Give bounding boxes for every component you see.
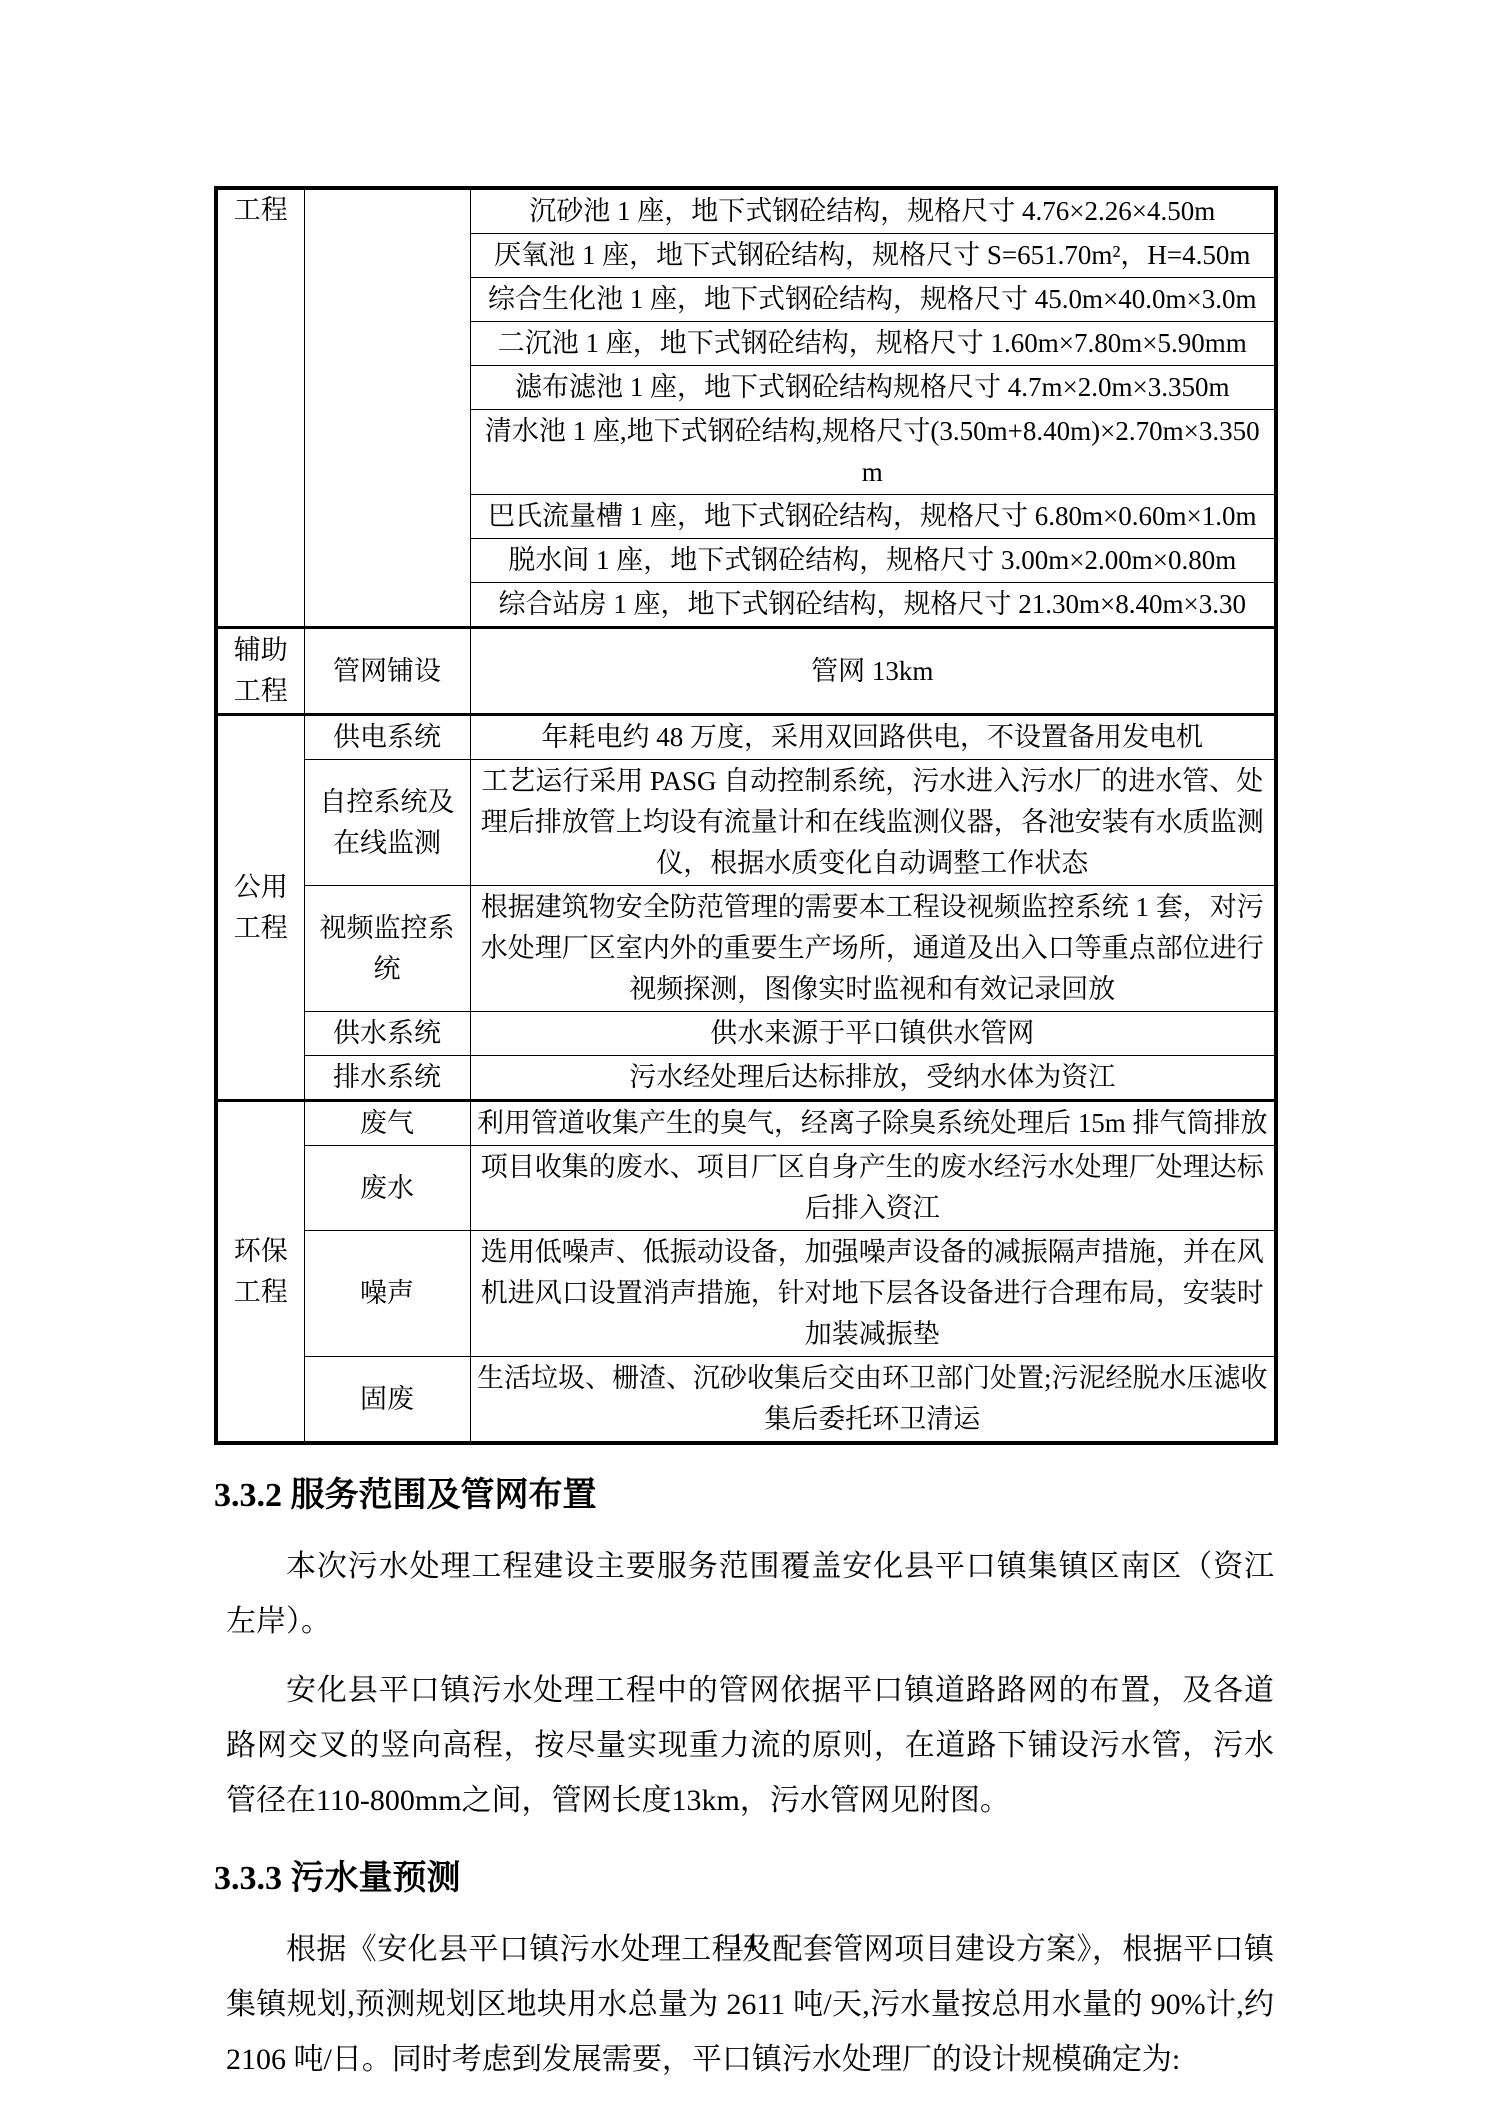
subcategory-cell: 供电系统 (304, 715, 470, 760)
subcategory-cell: 排水系统 (304, 1056, 470, 1101)
content-cell: 生活垃圾、栅渣、沉砂收集后交由环卫部门处置;污泥经脱水压滤收集后委托环卫清运 (470, 1357, 1276, 1444)
content-cell: 厌氧池 1 座，地下式钢砼结构，规格尺寸 S=651.70m²，H=4.50m (470, 234, 1276, 278)
content-cell: 供水来源于平口镇供水管网 (470, 1012, 1276, 1056)
subcategory-cell: 管网铺设 (304, 628, 470, 715)
subcategory-cell: 供水系统 (304, 1012, 470, 1056)
section-heading-333: 3.3.3 污水量预测 (214, 1856, 1274, 1902)
paragraph: 安化县平口镇污水处理工程中的管网依据平口镇道路路网的布置，及各道路网交叉的竖向高… (226, 1663, 1274, 1828)
table-row-public: 公用 工程 供电系统 年耗电约 48 万度，采用双回路供电，不设置备用发电机 (216, 715, 1276, 760)
subcategory-cell: 视频监控系统 (304, 886, 470, 1012)
subcategory-cell: 自控系统及在线监测 (304, 760, 470, 886)
table-row: 供水系统 供水来源于平口镇供水管网 (216, 1012, 1276, 1056)
content-cell: 滤布滤池 1 座，地下式钢砼结构规格尺寸 4.7m×2.0m×3.350m (470, 366, 1276, 410)
content-cell: 巴氏流量槽 1 座，地下式钢砼结构，规格尺寸 6.80m×0.60m×1.0m (470, 495, 1276, 539)
content-cell: 污水经处理后达标排放，受纳水体为资江 (470, 1056, 1276, 1101)
table-row: 工程 沉砂池 1 座，地下式钢砼结构，规格尺寸 4.76×2.26×4.50m (216, 188, 1276, 234)
subcategory-cell: 废水 (304, 1146, 470, 1231)
subcategory-cell: 废气 (304, 1101, 470, 1146)
subcategory-cell: 噪声 (304, 1231, 470, 1357)
table-row: 固废 生活垃圾、栅渣、沉砂收集后交由环卫部门处置;污泥经脱水压滤收集后委托环卫清… (216, 1357, 1276, 1444)
table-row-aux: 辅助 工程 管网铺设 管网 13km (216, 628, 1276, 715)
content-cell: 脱水间 1 座，地下式钢砼结构，规格尺寸 3.00m×2.00m×0.80m (470, 539, 1276, 583)
content-cell: 管网 13km (470, 628, 1276, 715)
content-cell: 根据建筑物安全防范管理的需要本工程设视频监控系统 1 套，对污水处理厂区室内外的… (470, 886, 1276, 1012)
content-cell: 利用管道收集产生的臭气，经离子除臭系统处理后 15m 排气筒排放 (470, 1101, 1276, 1146)
subcategory-cell: 固废 (304, 1357, 470, 1444)
section-heading-332: 3.3.2 服务范围及管网布置 (214, 1473, 1274, 1519)
table-row: 废水 项目收集的废水、项目厂区自身产生的废水经污水处理厂处理达标后排入资江 (216, 1146, 1276, 1231)
content-cell: 综合生化池 1 座，地下式钢砼结构，规格尺寸 45.0m×40.0m×3.0m (470, 278, 1276, 322)
content-cell: 选用低噪声、低振动设备，加强噪声设备的减振隔声措施，并在风机进风口设置消声措施，… (470, 1231, 1276, 1357)
table-row: 噪声 选用低噪声、低振动设备，加强噪声设备的减振隔声措施，并在风机进风口设置消声… (216, 1231, 1276, 1357)
table-row: 视频监控系统 根据建筑物安全防范管理的需要本工程设视频监控系统 1 套，对污水处… (216, 886, 1276, 1012)
paragraph: 本次污水处理工程建设主要服务范围覆盖安化县平口镇集镇区南区（资江左岸）。 (226, 1539, 1274, 1649)
content-cell: 年耗电约 48 万度，采用双回路供电，不设置备用发电机 (470, 715, 1276, 760)
document-page: 工程 沉砂池 1 座，地下式钢砼结构，规格尺寸 4.76×2.26×4.50m … (214, 186, 1274, 2101)
category-cell-aux: 辅助 工程 (216, 628, 304, 715)
category-cell-public: 公用 工程 (216, 715, 304, 1101)
content-cell: 项目收集的废水、项目厂区自身产生的废水经污水处理厂处理达标后排入资江 (470, 1146, 1276, 1231)
content-cell: 综合站房 1 座，地下式钢砼结构，规格尺寸 21.30m×8.40m×3.30 (470, 583, 1276, 628)
table-row-env: 环保 工程 废气 利用管道收集产生的臭气，经离子除臭系统处理后 15m 排气筒排… (216, 1101, 1276, 1146)
table-row: 排水系统 污水经处理后达标排放，受纳水体为资江 (216, 1056, 1276, 1101)
subcategory-cell-empty (304, 188, 470, 628)
content-cell: 清水池 1 座,地下式钢砼结构,规格尺寸(3.50m+8.40m)×2.70m×… (470, 410, 1276, 495)
content-cell: 工艺运行采用 PASG 自动控制系统，污水进入污水厂的进水管、处理后排放管上均设… (470, 760, 1276, 886)
project-spec-table: 工程 沉砂池 1 座，地下式钢砼结构，规格尺寸 4.76×2.26×4.50m … (214, 186, 1278, 1445)
category-cell-env: 环保 工程 (216, 1101, 304, 1444)
page-number: 14 (0, 1928, 1488, 1958)
table-row: 自控系统及在线监测 工艺运行采用 PASG 自动控制系统，污水进入污水厂的进水管… (216, 760, 1276, 886)
content-cell: 沉砂池 1 座，地下式钢砼结构，规格尺寸 4.76×2.26×4.50m (470, 188, 1276, 234)
category-cell-main: 工程 (216, 188, 304, 628)
content-cell: 二沉池 1 座，地下式钢砼结构，规格尺寸 1.60m×7.80m×5.90mm (470, 322, 1276, 366)
